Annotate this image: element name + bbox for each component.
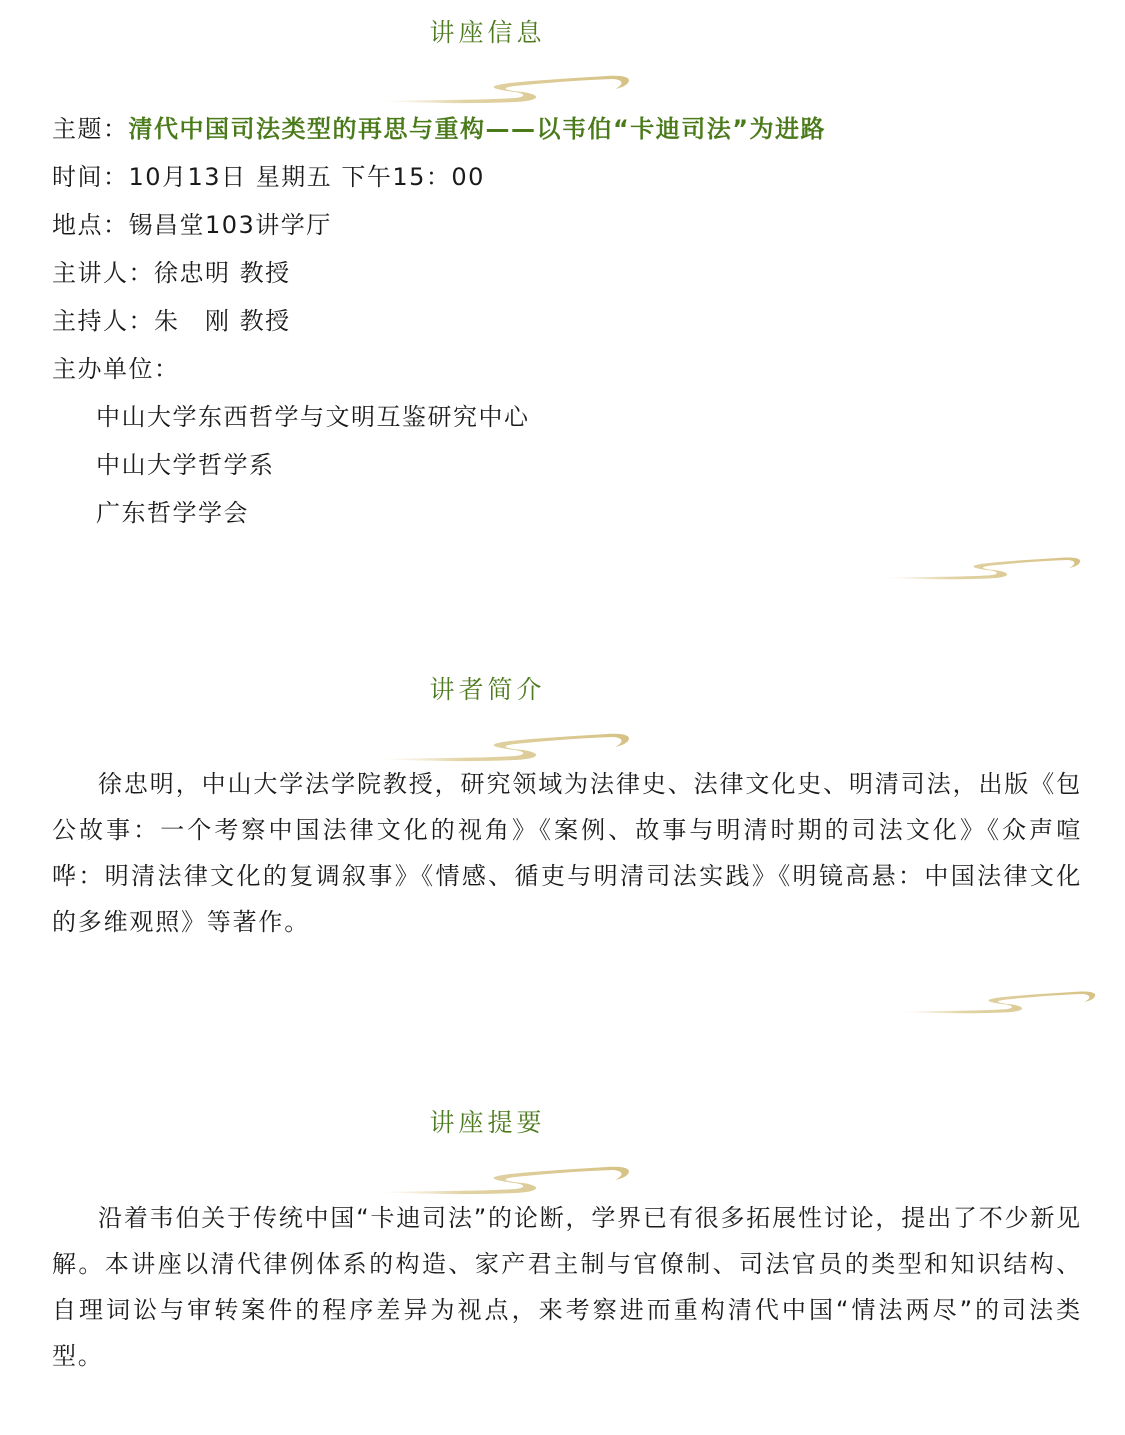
swash-ornament bbox=[375, 722, 635, 762]
host-value: 朱 刚 教授 bbox=[154, 307, 291, 335]
section-title-lecture-info: 讲座信息 bbox=[0, 18, 975, 48]
swash-ornament bbox=[895, 982, 1100, 1014]
topic-value: 清代中国司法类型的再思与重构——以韦伯“卡迪司法”为进路 bbox=[129, 115, 827, 143]
swash-ornament bbox=[375, 64, 635, 104]
abstract-paragraph: 沿着韦伯关于传统中国“卡迪司法”的论断，学界已有很多拓展性讨论，提出了不少新见解… bbox=[52, 1195, 1082, 1379]
time-value: 10月13日 星期五 下午15：00 bbox=[129, 163, 485, 191]
venue-label: 地点： bbox=[52, 211, 129, 239]
time-line: 时间：10月13日 星期五 下午15：00 bbox=[52, 162, 485, 192]
section-title-speaker-bio: 讲者简介 bbox=[0, 675, 975, 705]
venue-value: 锡昌堂103讲学厅 bbox=[129, 211, 332, 239]
speaker-value: 徐忠明 教授 bbox=[154, 259, 291, 287]
organizer-item: 中山大学东西哲学与文明互鉴研究中心 bbox=[96, 402, 530, 432]
organizers-label: 主办单位： bbox=[52, 354, 180, 384]
time-label: 时间： bbox=[52, 163, 129, 191]
swash-ornament bbox=[880, 548, 1085, 580]
host-line: 主持人：朱 刚 教授 bbox=[52, 306, 291, 336]
organizer-item: 中山大学哲学系 bbox=[96, 450, 275, 480]
swash-ornament bbox=[375, 1155, 635, 1195]
speaker-line: 主讲人：徐忠明 教授 bbox=[52, 258, 291, 288]
venue-line: 地点：锡昌堂103讲学厅 bbox=[52, 210, 332, 240]
topic-label: 主题： bbox=[52, 115, 129, 143]
organizer-item: 广东哲学学会 bbox=[96, 498, 249, 528]
host-label: 主持人： bbox=[52, 307, 154, 335]
topic-line: 主题：清代中国司法类型的再思与重构——以韦伯“卡迪司法”为进路 bbox=[52, 114, 826, 144]
section-title-abstract: 讲座提要 bbox=[0, 1108, 975, 1138]
speaker-bio-paragraph: 徐忠明，中山大学法学院教授，研究领域为法律史、法律文化史、明清司法，出版《包公故… bbox=[52, 761, 1082, 945]
speaker-label: 主讲人： bbox=[52, 259, 154, 287]
